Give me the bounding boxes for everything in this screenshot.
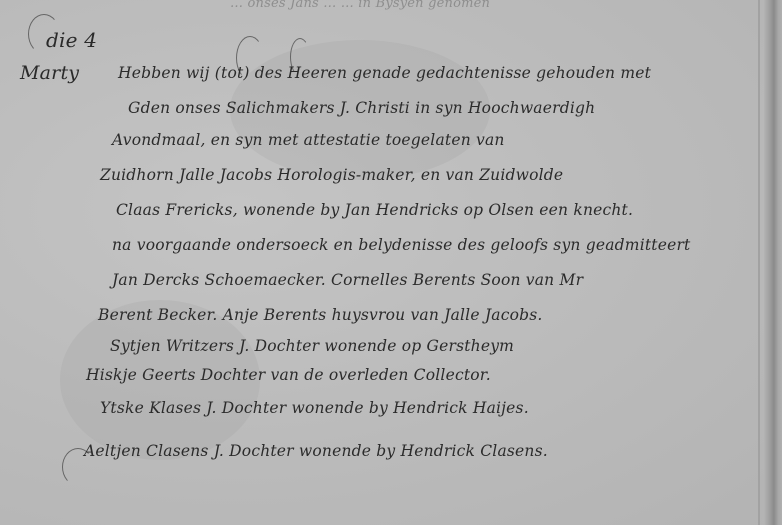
- register-line-12: Aeltjen Clasens J. Dochter wonende by He…: [84, 442, 548, 460]
- register-line-9: Sytjen Writzers J. Dochter wonende op Ge…: [110, 337, 514, 355]
- register-line-2: Gden onses Salichmakers J. Christi in sy…: [128, 99, 595, 117]
- binding-edge-line: [758, 0, 760, 525]
- register-line-11: Ytske Klases J. Dochter wonende by Hendr…: [100, 399, 529, 417]
- register-line-6: na voorgaande ondersoeck en belydenisse …: [112, 236, 691, 254]
- register-line-5: Claas Frericks, wonende by Jan Hendricks…: [116, 201, 633, 219]
- register-line-7: Jan Dercks Schoemaecker. Cornelles Beren…: [112, 271, 583, 289]
- margin-date-month: Marty: [20, 62, 79, 84]
- book-binding-gutter: [764, 0, 782, 525]
- header-fragment: … onses Jans … … in Bysyen genomen: [230, 0, 490, 11]
- register-line-10: Hiskje Geerts Dochter van de overleden C…: [86, 366, 491, 384]
- register-line-8: Berent Becker. Anje Berents huysvrou van…: [98, 306, 543, 324]
- decorative-flourish: [28, 14, 60, 54]
- register-line-1: Hebben wij (tot) des Heeren genade gedac…: [118, 64, 651, 82]
- register-line-3: Avondmaal, en syn met attestatie toegela…: [112, 131, 505, 149]
- register-page: … onses Jans … … in Bysyen genomen die 4…: [0, 0, 782, 525]
- register-line-4: Zuidhorn Jalle Jacobs Horologis-maker, e…: [100, 166, 563, 184]
